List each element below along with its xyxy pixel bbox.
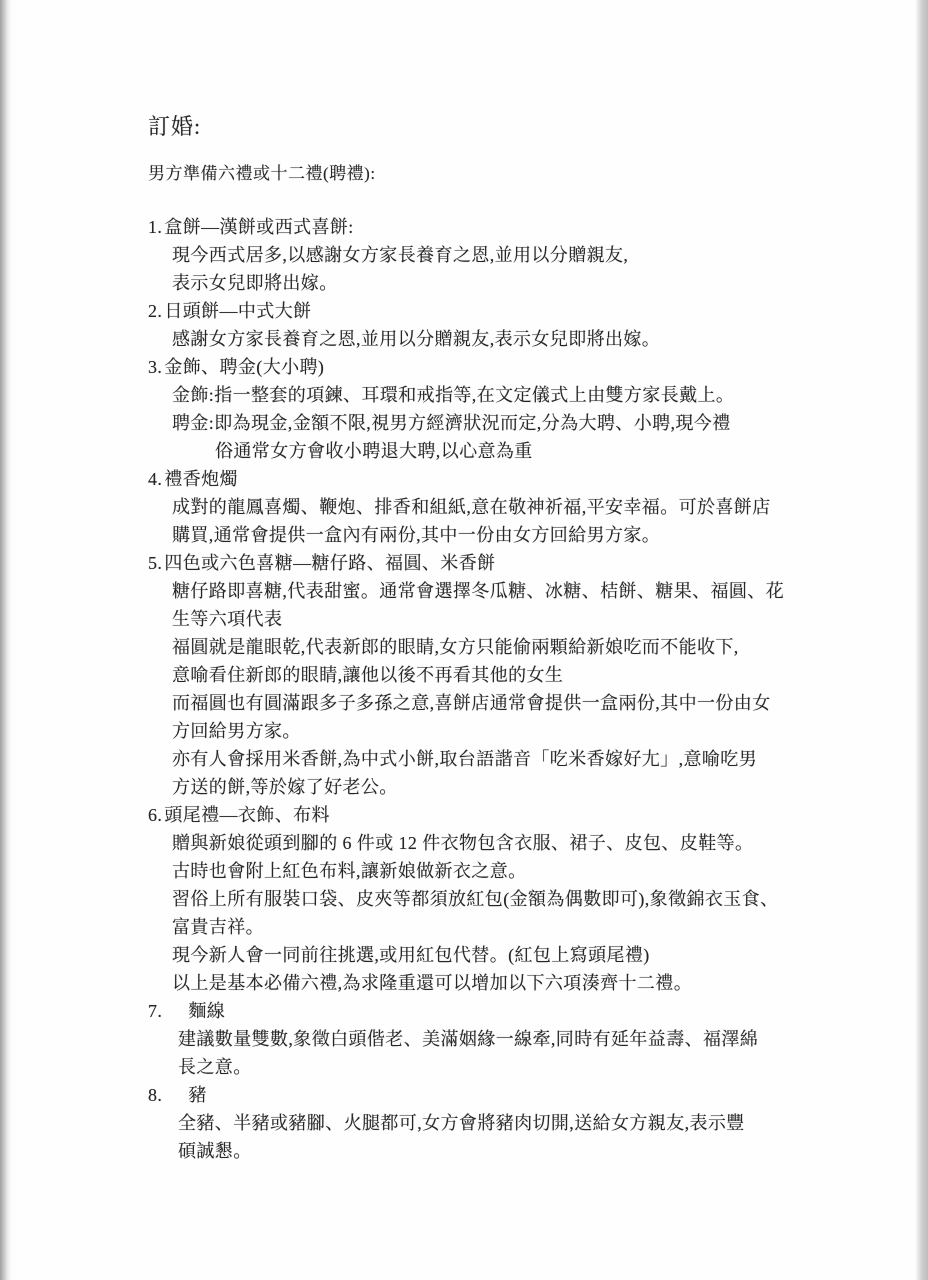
item-text-line: 表示女兒即將出嫁。: [148, 269, 838, 297]
list-item: 8.豬全豬、半豬或豬腳、火腿都可,女方會將豬肉切開,送給女方親友,表示豐碩誠懇。: [148, 1081, 838, 1165]
item-text-line: 俗通常女方會收小聘退大聘,以心意為重: [148, 437, 838, 465]
item-text-line: 方回給男方家。: [148, 717, 838, 745]
item-number: 4.: [148, 465, 162, 493]
item-heading-text: 四色或六色喜糖—糖仔路、福圓、米香餅: [164, 553, 495, 573]
document-title: 訂婚:: [148, 112, 838, 142]
item-heading-text: 禮香炮燭: [164, 469, 238, 489]
item-heading: 2.日頭餅—中式大餅: [148, 297, 838, 325]
item-heading-text: 麵線: [188, 1001, 225, 1021]
item-heading: 5.四色或六色喜糖—糖仔路、福圓、米香餅: [148, 549, 838, 577]
item-number: 5.: [148, 549, 162, 577]
item-text-line: 糖仔路即喜糖,代表甜蜜。通常會選擇冬瓜糖、冰糖、桔餅、糖果、福圓、花: [148, 577, 838, 605]
item-number: 3.: [148, 353, 162, 381]
item-number: 6.: [148, 801, 162, 829]
item-text-line: 富貴吉祥。: [148, 913, 838, 941]
item-text-line: 習俗上所有服裝口袋、皮夾等都須放紅包(金額為偶數即可),象徵錦衣玉食、: [148, 885, 838, 913]
item-text-line: 購買,通常會提供一盒內有兩份,其中一份由女方回給男方家。: [148, 521, 838, 549]
item-text-line: 感謝女方家長養育之恩,並用以分贈親友,表示女兒即將出嫁。: [148, 325, 838, 353]
item-text-line: 以上是基本必備六禮,為求隆重還可以增加以下六項湊齊十二禮。: [148, 969, 838, 997]
item-text-line: 現今新人會一同前往挑選,或用紅包代替。(紅包上寫頭尾禮): [148, 941, 838, 969]
item-text-line: 聘金:即為現金,金額不限,視男方經濟狀況而定,分為大聘、小聘,現今禮: [148, 409, 838, 437]
item-text-line: 而福圓也有圓滿跟多子多孫之意,喜餅店通常會提供一盒兩份,其中一份由女: [148, 689, 838, 717]
item-heading-text: 盒餅—漢餅或西式喜餅:: [164, 217, 353, 237]
item-heading: 3.金飾、聘金(大小聘): [148, 353, 838, 381]
item-text-line: 意喻看住新郎的眼睛,讓他以後不再看其他的女生: [148, 661, 838, 689]
list-item: 3.金飾、聘金(大小聘)金飾:指一整套的項鍊、耳環和戒指等,在文定儀式上由雙方家…: [148, 353, 838, 465]
item-text-line: 金飾:指一整套的項鍊、耳環和戒指等,在文定儀式上由雙方家長戴上。: [148, 381, 838, 409]
item-number: 1.: [148, 213, 162, 241]
list-item: 1.盒餅—漢餅或西式喜餅:現今西式居多,以感謝女方家長養育之恩,並用以分贈親友,…: [148, 213, 838, 297]
item-text-line: 成對的龍鳳喜燭、鞭炮、排香和組紙,意在敬神祈福,平安幸福。可於喜餅店: [148, 493, 838, 521]
document-subtitle: 男方準備六禮或十二禮(聘禮):: [148, 160, 838, 188]
item-text-line: 碩誠懇。: [148, 1137, 838, 1165]
item-text-line: 古時也會附上紅色布料,讓新娘做新衣之意。: [148, 857, 838, 885]
item-heading-text: 豬: [188, 1085, 206, 1105]
list-item: 2.日頭餅—中式大餅感謝女方家長養育之恩,並用以分贈親友,表示女兒即將出嫁。: [148, 297, 838, 353]
item-text-line: 方送的餅,等於嫁了好老公。: [148, 773, 838, 801]
list-item: 7.麵線建議數量雙數,象徵白頭偕老、美滿姻緣一線牽,同時有延年益壽、福澤綿長之意…: [148, 997, 838, 1081]
item-text-line: 現今西式居多,以感謝女方家長養育之恩,並用以分贈親友,: [148, 241, 838, 269]
item-heading: 8.豬: [148, 1081, 838, 1109]
item-heading: 4.禮香炮燭: [148, 465, 838, 493]
item-number: 8.: [148, 1081, 162, 1109]
item-text-line: 建議數量雙數,象徵白頭偕老、美滿姻緣一線牽,同時有延年益壽、福澤綿: [148, 1025, 838, 1053]
document-page: 訂婚: 男方準備六禮或十二禮(聘禮): 1.盒餅—漢餅或西式喜餅:現今西式居多,…: [0, 0, 928, 1280]
document-content: 訂婚: 男方準備六禮或十二禮(聘禮): 1.盒餅—漢餅或西式喜餅:現今西式居多,…: [148, 112, 838, 1165]
list-item: 5.四色或六色喜糖—糖仔路、福圓、米香餅糖仔路即喜糖,代表甜蜜。通常會選擇冬瓜糖…: [148, 549, 838, 801]
item-text-line: 福圓就是龍眼乾,代表新郎的眼睛,女方只能偷兩顆給新娘吃而不能收下,: [148, 633, 838, 661]
gift-list: 1.盒餅—漢餅或西式喜餅:現今西式居多,以感謝女方家長養育之恩,並用以分贈親友,…: [148, 213, 838, 1165]
page-right-edge-shadow: [915, 0, 928, 1280]
item-text-line: 長之意。: [148, 1053, 838, 1081]
item-text-line: 亦有人會採用米香餅,為中式小餅,取台語諧音「吃米香嫁好尢」,意喻吃男: [148, 745, 838, 773]
item-text-line: 全豬、半豬或豬腳、火腿都可,女方會將豬肉切開,送給女方親友,表示豐: [148, 1109, 838, 1137]
item-text-line: 贈與新娘從頭到腳的 6 件或 12 件衣物包含衣服、裙子、皮包、皮鞋等。: [148, 829, 838, 857]
item-heading-text: 金飾、聘金(大小聘): [164, 357, 324, 377]
page-left-edge-shadow: [0, 0, 12, 1280]
item-number: 2.: [148, 297, 162, 325]
item-number: 7.: [148, 997, 162, 1025]
list-item: 4.禮香炮燭成對的龍鳳喜燭、鞭炮、排香和組紙,意在敬神祈福,平安幸福。可於喜餅店…: [148, 465, 838, 549]
item-heading-text: 頭尾禮—衣飾、布料: [164, 805, 330, 825]
list-item: 6.頭尾禮—衣飾、布料贈與新娘從頭到腳的 6 件或 12 件衣物包含衣服、裙子、…: [148, 801, 838, 997]
item-heading: 1.盒餅—漢餅或西式喜餅:: [148, 213, 838, 241]
item-heading-text: 日頭餅—中式大餅: [164, 301, 311, 321]
item-heading: 7.麵線: [148, 997, 838, 1025]
item-heading: 6.頭尾禮—衣飾、布料: [148, 801, 838, 829]
item-text-line: 生等六項代表: [148, 605, 838, 633]
